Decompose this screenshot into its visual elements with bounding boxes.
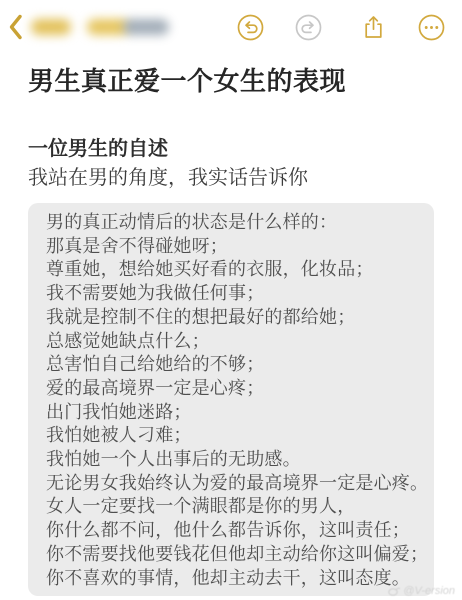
toolbar	[0, 0, 462, 54]
quote-line: 女人一定要找一个满眼都是你的男人，	[46, 495, 420, 519]
quote-line: 出门我怕她迷路；	[46, 401, 420, 425]
watermark: @V-ersion	[388, 585, 455, 597]
redacted-text-blob	[31, 19, 71, 35]
chevron-left-icon	[8, 14, 23, 40]
share-icon	[360, 14, 387, 41]
quote-line: 男的真正动情后的状态是什么样的：	[46, 211, 420, 235]
quote-line: 那真是舍不得碰她呀；	[46, 235, 420, 259]
quote-line: 无论男女我始终认为爱的最高境界一定是心疼。	[46, 472, 420, 496]
note-editor[interactable]: 男生真正爱一个女生的表现 一位男生的自述 我站在男的角度，我实话告诉你 男的真正…	[0, 64, 462, 596]
quote-line: 我不需要她为我做任何事；	[46, 282, 420, 306]
quote-line: 总害怕自己给她给的不够；	[46, 353, 420, 377]
note-subtitle: 一位男生的自述	[28, 137, 434, 161]
redacted-note-breadcrumb	[31, 19, 169, 35]
redacted-text-blob	[123, 19, 169, 35]
quote-line: 总感觉她缺点什么；	[46, 330, 420, 354]
more-button[interactable]	[418, 14, 445, 41]
watermark-logo-icon	[388, 586, 400, 596]
quote-line: 你不需要找他要钱花但他却主动给你这叫偏爱；	[46, 543, 420, 567]
quote-line: 你什么都不问，他什么都告诉你，这叫责任；	[46, 519, 420, 543]
redo-button[interactable]	[295, 14, 322, 41]
quote-line: 爱的最高境界一定是心疼；	[46, 377, 420, 401]
note-title: 男生真正爱一个女生的表现	[28, 64, 434, 98]
quote-block: 男的真正动情后的状态是什么样的：那真是舍不得碰她呀；尊重她，想给她买好看的衣服，…	[28, 203, 434, 596]
undo-button[interactable]	[237, 14, 264, 41]
quote-line: 你不喜欢的事情，他却主动去干，这叫态度。	[46, 567, 420, 591]
redo-icon	[295, 14, 322, 41]
share-button[interactable]	[360, 14, 387, 41]
quote-line: 我怕她被人刁难；	[46, 424, 420, 448]
quote-line: 我就是控制不住的想把最好的都给她；	[46, 306, 420, 330]
watermark-text: @V-ersion	[403, 585, 455, 597]
undo-icon	[237, 14, 264, 41]
note-intro-line: 我站在男的角度，我实话告诉你	[28, 165, 434, 191]
more-ellipsis-icon	[418, 14, 445, 41]
quote-line: 尊重她，想给她买好看的衣服，化妆品；	[46, 258, 420, 282]
quote-line: 我怕她一个人出事后的无助感。	[46, 448, 420, 472]
back-button[interactable]	[8, 14, 169, 40]
